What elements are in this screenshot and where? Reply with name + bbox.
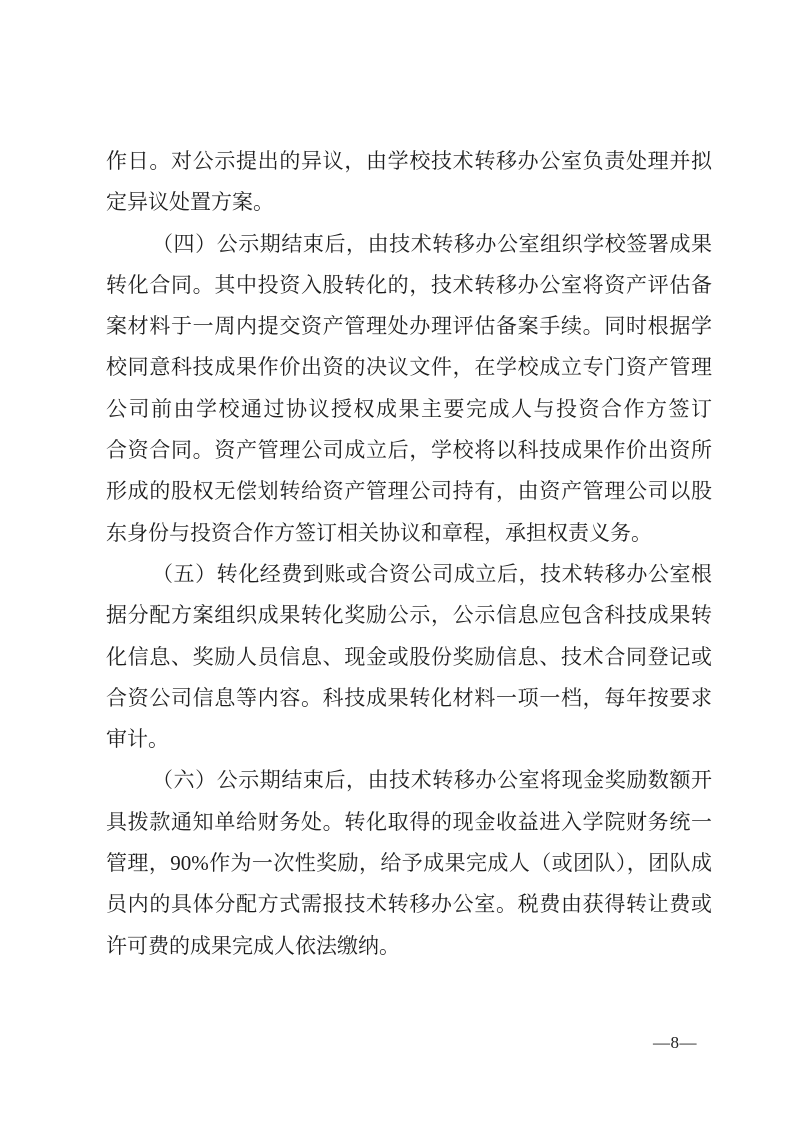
text-line: 审计。 xyxy=(106,719,712,760)
text-line: 许可费的成果完成人依法缴纳。 xyxy=(106,926,712,967)
text-line: 案材料于一周内提交资产管理处办理评估备案手续。同时根据学 xyxy=(106,306,712,347)
text-line: 合资合同。资产管理公司成立后，学校将以科技成果作价出资所 xyxy=(106,430,712,471)
text-line: 化信息、奖励人员信息、现金或股份奖励信息、技术合同登记或 xyxy=(106,637,712,678)
document-page: 作日。对公示提出的异议，由学校技术转移办公室负责处理并拟 定异议处置方案。 （四… xyxy=(0,0,793,1122)
text-line: （五）转化经费到账或合资公司成立后，技术转移办公室根 xyxy=(106,554,712,595)
text-line: 东身份与投资合作方签订相关协议和章程，承担权责义务。 xyxy=(106,513,712,554)
text-line: 校同意科技成果作价出资的决议文件，在学校成立专门资产管理 xyxy=(106,347,712,388)
text-line: 合资公司信息等内容。科技成果转化材料一项一档，每年按要求 xyxy=(106,678,712,719)
text-line: 转化合同。其中投资入股转化的，技术转移办公室将资产评估备 xyxy=(106,265,712,306)
text-line: 据分配方案组织成果转化奖励公示，公示信息应包含科技成果转 xyxy=(106,595,712,636)
text-line: 管理，90%作为一次性奖励，给予成果完成人（或团队），团队成 xyxy=(106,843,712,884)
text-line: 员内的具体分配方式需报技术转移办公室。税费由获得转让费或 xyxy=(106,884,712,925)
text-line: 定异议处置方案。 xyxy=(106,182,712,223)
text-line: 形成的股权无偿划转给资产管理公司持有，由资产管理公司以股 xyxy=(106,471,712,512)
text-line: 作日。对公示提出的异议，由学校技术转移办公室负责处理并拟 xyxy=(106,141,712,182)
text-line: 具拨款通知单给财务处。转化取得的现金收益进入学院财务统一 xyxy=(106,802,712,843)
text-line: （四）公示期结束后，由技术转移办公室组织学校签署成果 xyxy=(106,224,712,265)
page-number: —8— xyxy=(653,1032,697,1054)
text-line: 公司前由学校通过协议授权成果主要完成人与投资合作方签订 xyxy=(106,389,712,430)
document-body: 作日。对公示提出的异议，由学校技术转移办公室负责处理并拟 定异议处置方案。 （四… xyxy=(106,141,712,967)
text-line: （六）公示期结束后，由技术转移办公室将现金奖励数额开 xyxy=(106,760,712,801)
